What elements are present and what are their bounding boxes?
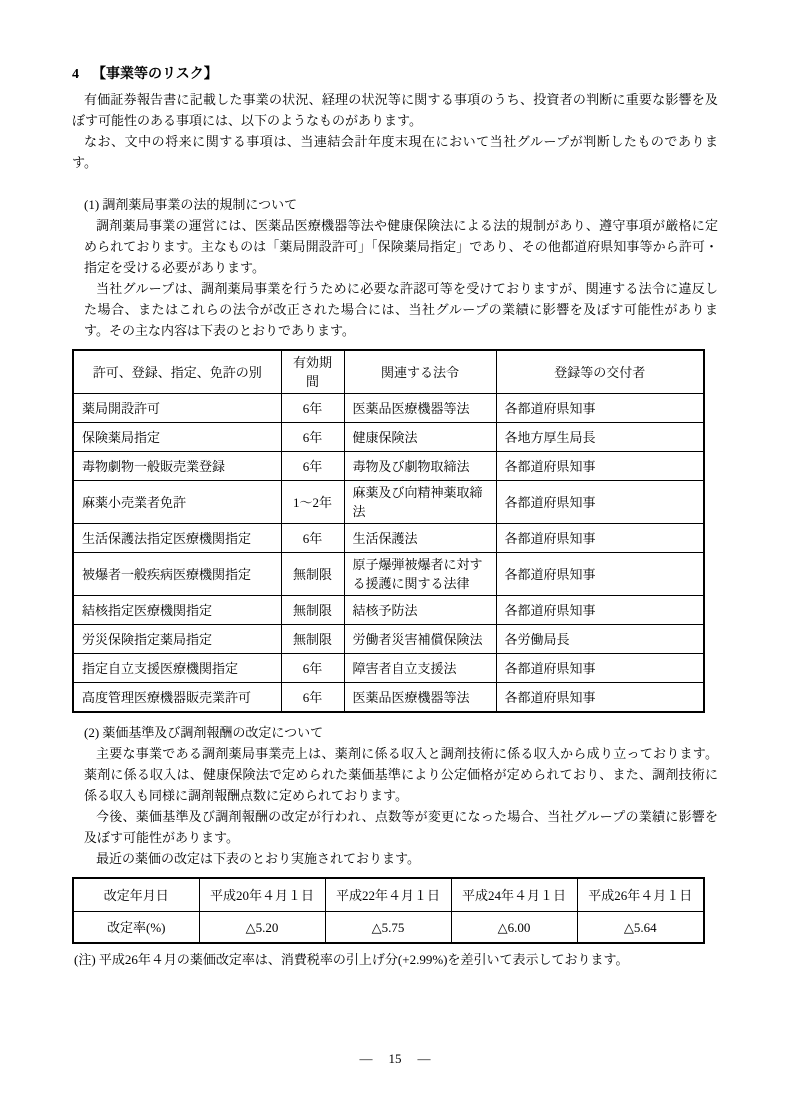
license-law: 障害者自立支援法 <box>344 654 496 683</box>
revision-date: 平成22年４月１日 <box>325 878 451 912</box>
license-name: 薬局開設許可 <box>73 394 281 423</box>
license-period: 6年 <box>281 452 344 481</box>
license-period: 6年 <box>281 524 344 553</box>
license-issuer: 各都道府県知事 <box>496 394 704 423</box>
revision-date: 平成26年４月１日 <box>577 878 704 912</box>
table-row: 結核指定医療機関指定 無制限 結核予防法 各都道府県知事 <box>73 596 704 625</box>
license-name: 麻薬小売業者免許 <box>73 481 281 524</box>
table-row: 生活保護法指定医療機関指定 6年 生活保護法 各都道府県知事 <box>73 524 704 553</box>
license-header-period: 有効期間 <box>281 350 344 394</box>
license-law: 結核予防法 <box>344 596 496 625</box>
license-issuer: 各労働局長 <box>496 625 704 654</box>
footer-dash-right: ― <box>418 1051 431 1066</box>
license-law: 健康保険法 <box>344 423 496 452</box>
subsection-1-paragraph-2: 当社グループは、調剤薬局事業を行うために必要な許認可等を受けておりますが、関連す… <box>84 278 718 341</box>
license-header-law: 関連する法令 <box>344 350 496 394</box>
document-page: 4【事業等のリスク】 有価証券報告書に記載した事業の状況、経理の状況等に関する事… <box>0 0 790 1118</box>
license-law: 原子爆弾被爆者に対する援護に関する法律 <box>344 553 496 596</box>
license-issuer: 各都道府県知事 <box>496 596 704 625</box>
revision-rate-label: 改定率(%) <box>73 912 199 944</box>
subsection-2-paragraph-2: 今後、薬価基準及び調剤報酬の改定が行われ、点数等が変更になった場合、当社グループ… <box>84 806 718 848</box>
revision-date-label: 改定年月日 <box>73 878 199 912</box>
revision-rate: △6.00 <box>451 912 577 944</box>
license-period: 無制限 <box>281 625 344 654</box>
intro-paragraph-2: なお、文中の将来に関する事項は、当連結会計年度末現在において当社グループが判断し… <box>72 131 718 173</box>
license-header-issuer: 登録等の交付者 <box>496 350 704 394</box>
subsection-2-paragraph-1: 主要な事業である調剤薬局事業売上は、薬剤に係る収入と調剤技術に係る収入から成り立… <box>84 743 718 806</box>
section-number: 4 <box>72 67 79 82</box>
license-period: 6年 <box>281 654 344 683</box>
page-footer: ―15― <box>0 1048 790 1069</box>
license-law: 労働者災害補償保険法 <box>344 625 496 654</box>
table-row: 保険薬局指定 6年 健康保険法 各地方厚生局長 <box>73 423 704 452</box>
license-period: 6年 <box>281 394 344 423</box>
license-period: 無制限 <box>281 553 344 596</box>
intro-paragraph-1: 有価証券報告書に記載した事業の状況、経理の状況等に関する事項のうち、投資者の判断… <box>72 89 718 131</box>
table-row: 麻薬小売業者免許 1～2年 麻薬及び向精神薬取締法 各都道府県知事 <box>73 481 704 524</box>
license-issuer: 各都道府県知事 <box>496 524 704 553</box>
revision-date: 平成20年４月１日 <box>199 878 325 912</box>
section-title: 【事業等のリスク】 <box>92 67 218 82</box>
license-law: 麻薬及び向精神薬取締法 <box>344 481 496 524</box>
license-period: 1～2年 <box>281 481 344 524</box>
license-law: 生活保護法 <box>344 524 496 553</box>
subsection-2-heading: (2) 薬価基準及び調剤報酬の改定について <box>84 722 718 743</box>
license-issuer: 各都道府県知事 <box>496 683 704 713</box>
subsection-2: (2) 薬価基準及び調剤報酬の改定について 主要な事業である調剤薬局事業売上は、… <box>84 722 718 869</box>
license-name: 被爆者一般疾病医療機関指定 <box>73 553 281 596</box>
revision-rate: △5.75 <box>325 912 451 944</box>
license-name: 生活保護法指定医療機関指定 <box>73 524 281 553</box>
license-period: 6年 <box>281 423 344 452</box>
table-row: 毒物劇物一般販売業登録 6年 毒物及び劇物取締法 各都道府県知事 <box>73 452 704 481</box>
table-row: 労災保険指定薬局指定 無制限 労働者災害補償保険法 各労働局長 <box>73 625 704 654</box>
revision-rate: △5.64 <box>577 912 704 944</box>
drug-price-revision-table: 改定年月日 平成20年４月１日 平成22年４月１日 平成24年４月１日 平成26… <box>72 877 705 944</box>
license-period: 6年 <box>281 683 344 713</box>
revision-rate: △5.20 <box>199 912 325 944</box>
license-issuer: 各都道府県知事 <box>496 481 704 524</box>
footer-dash-left: ― <box>360 1051 373 1066</box>
license-issuer: 各都道府県知事 <box>496 553 704 596</box>
table-row: 被爆者一般疾病医療機関指定 無制限 原子爆弾被爆者に対する援護に関する法律 各都… <box>73 553 704 596</box>
table-row: 指定自立支援医療機関指定 6年 障害者自立支援法 各都道府県知事 <box>73 654 704 683</box>
revision-table-header-row: 改定年月日 平成20年４月１日 平成22年４月１日 平成24年４月１日 平成26… <box>73 878 704 912</box>
license-law: 医薬品医療機器等法 <box>344 683 496 713</box>
page-number: 15 <box>389 1051 402 1066</box>
license-law: 医薬品医療機器等法 <box>344 394 496 423</box>
license-law: 毒物及び劇物取締法 <box>344 452 496 481</box>
license-name: 保険薬局指定 <box>73 423 281 452</box>
license-header-type: 許可、登録、指定、免許の別 <box>73 350 281 394</box>
license-name: 毒物劇物一般販売業登録 <box>73 452 281 481</box>
revision-date: 平成24年４月１日 <box>451 878 577 912</box>
license-name: 結核指定医療機関指定 <box>73 596 281 625</box>
license-name: 高度管理医療機器販売業許可 <box>73 683 281 713</box>
page-content: 4【事業等のリスク】 有価証券報告書に記載した事業の状況、経理の状況等に関する事… <box>0 0 790 970</box>
license-table-header-row: 許可、登録、指定、免許の別 有効期間 関連する法令 登録等の交付者 <box>73 350 704 394</box>
license-period: 無制限 <box>281 596 344 625</box>
subsection-1-heading: (1) 調剤薬局事業の法的規制について <box>84 194 718 215</box>
section-heading: 4【事業等のリスク】 <box>72 64 718 86</box>
license-name: 指定自立支援医療機関指定 <box>73 654 281 683</box>
subsection-1: (1) 調剤薬局事業の法的規制について 調剤薬局事業の運営には、医薬品医療機器等… <box>84 194 718 341</box>
subsection-2-paragraph-3: 最近の薬価の改定は下表のとおり実施されております。 <box>84 848 718 869</box>
license-name: 労災保険指定薬局指定 <box>73 625 281 654</box>
license-issuer: 各都道府県知事 <box>496 654 704 683</box>
subsection-1-paragraph-1: 調剤薬局事業の運営には、医薬品医療機器等法や健康保険法による法的規制があり、遵守… <box>84 215 718 278</box>
table-row: 高度管理医療機器販売業許可 6年 医薬品医療機器等法 各都道府県知事 <box>73 683 704 713</box>
revision-table-rate-row: 改定率(%) △5.20 △5.75 △6.00 △5.64 <box>73 912 704 944</box>
license-table: 許可、登録、指定、免許の別 有効期間 関連する法令 登録等の交付者 薬局開設許可… <box>72 349 705 713</box>
license-issuer: 各地方厚生局長 <box>496 423 704 452</box>
table-row: 薬局開設許可 6年 医薬品医療機器等法 各都道府県知事 <box>73 394 704 423</box>
table-footnote: (注) 平成26年４月の薬価改定率は、消費税率の引上げ分(+2.99%)を差引い… <box>74 949 718 970</box>
license-issuer: 各都道府県知事 <box>496 452 704 481</box>
